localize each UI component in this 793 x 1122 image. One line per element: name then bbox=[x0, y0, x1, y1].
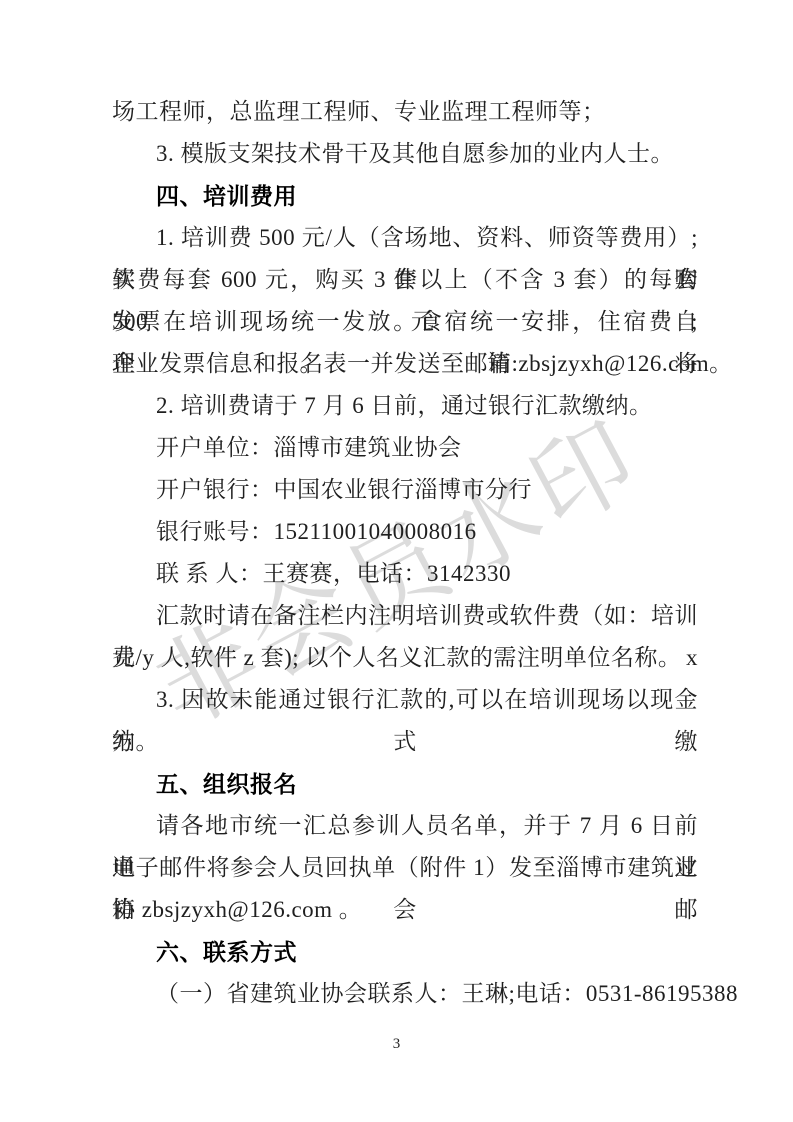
document-body: 场工程师，总监理工程师、专业监理工程师等； 3. 模版支架技术骨干及其他自愿参加… bbox=[112, 91, 698, 1015]
text-line: 请各地市统一汇总参训人员名单，并于 7 月 6 日前 通过 bbox=[112, 805, 698, 847]
text-line: 汇款时请在备注栏内注明培训费或软件费（如：培训费 x bbox=[112, 595, 698, 637]
page-number: 3 bbox=[0, 1036, 793, 1053]
text-line: 发票在培训现场统一发放。食宿统一安排，住宿费自理。请将 bbox=[112, 301, 698, 343]
text-line: 联 系 人：王赛赛，电话：3142330 bbox=[112, 553, 698, 595]
document-page: 非会员水印 场工程师，总监理工程师、专业监理工程师等； 3. 模版支架技术骨干及… bbox=[0, 0, 793, 1122]
section-heading: 六、联系方式 bbox=[112, 931, 698, 973]
text-line: 元/y 人,软件 z 套); 以个人名义汇款的需注明单位名称。 bbox=[112, 637, 698, 679]
text-line: 开户单位：淄博市建筑业协会 bbox=[112, 427, 698, 469]
section-heading: 四、培训费用 bbox=[112, 175, 698, 217]
section-heading: 五、组织报名 bbox=[112, 763, 698, 805]
text-line: 电子邮件将参会人员回执单（附件 1）发至淄博市建筑业协会邮 bbox=[112, 847, 698, 889]
text-line: 3. 因故未能通过银行汇款的,可以在培训现场以现金方式缴 bbox=[112, 679, 698, 721]
text-line: 3. 模版支架技术骨干及其他自愿参加的业内人士。 bbox=[112, 133, 698, 175]
text-line: 1. 培训费 500 元/人（含场地、资料、师资等费用）; 软件购 bbox=[112, 217, 698, 259]
text-line: 买费每套 600 元，购买 3 套以上（不含 3 套）的每套 500 元; bbox=[112, 259, 698, 301]
text-line: 银行账号：15211001040008016 bbox=[112, 511, 698, 553]
text-line: 场工程师，总监理工程师、专业监理工程师等； bbox=[112, 91, 698, 133]
text-line: （一）省建筑业协会联系人：王琳;电话：0531-86195388 bbox=[112, 973, 698, 1015]
text-line: 企业发票信息和报名表一并发送至邮箱:zbsjzyxh@126.com。 bbox=[112, 343, 698, 385]
text-line: 开户银行：中国农业银行淄博市分行 bbox=[112, 469, 698, 511]
text-line: 2. 培训费请于 7 月 6 日前，通过银行汇款缴纳。 bbox=[112, 385, 698, 427]
